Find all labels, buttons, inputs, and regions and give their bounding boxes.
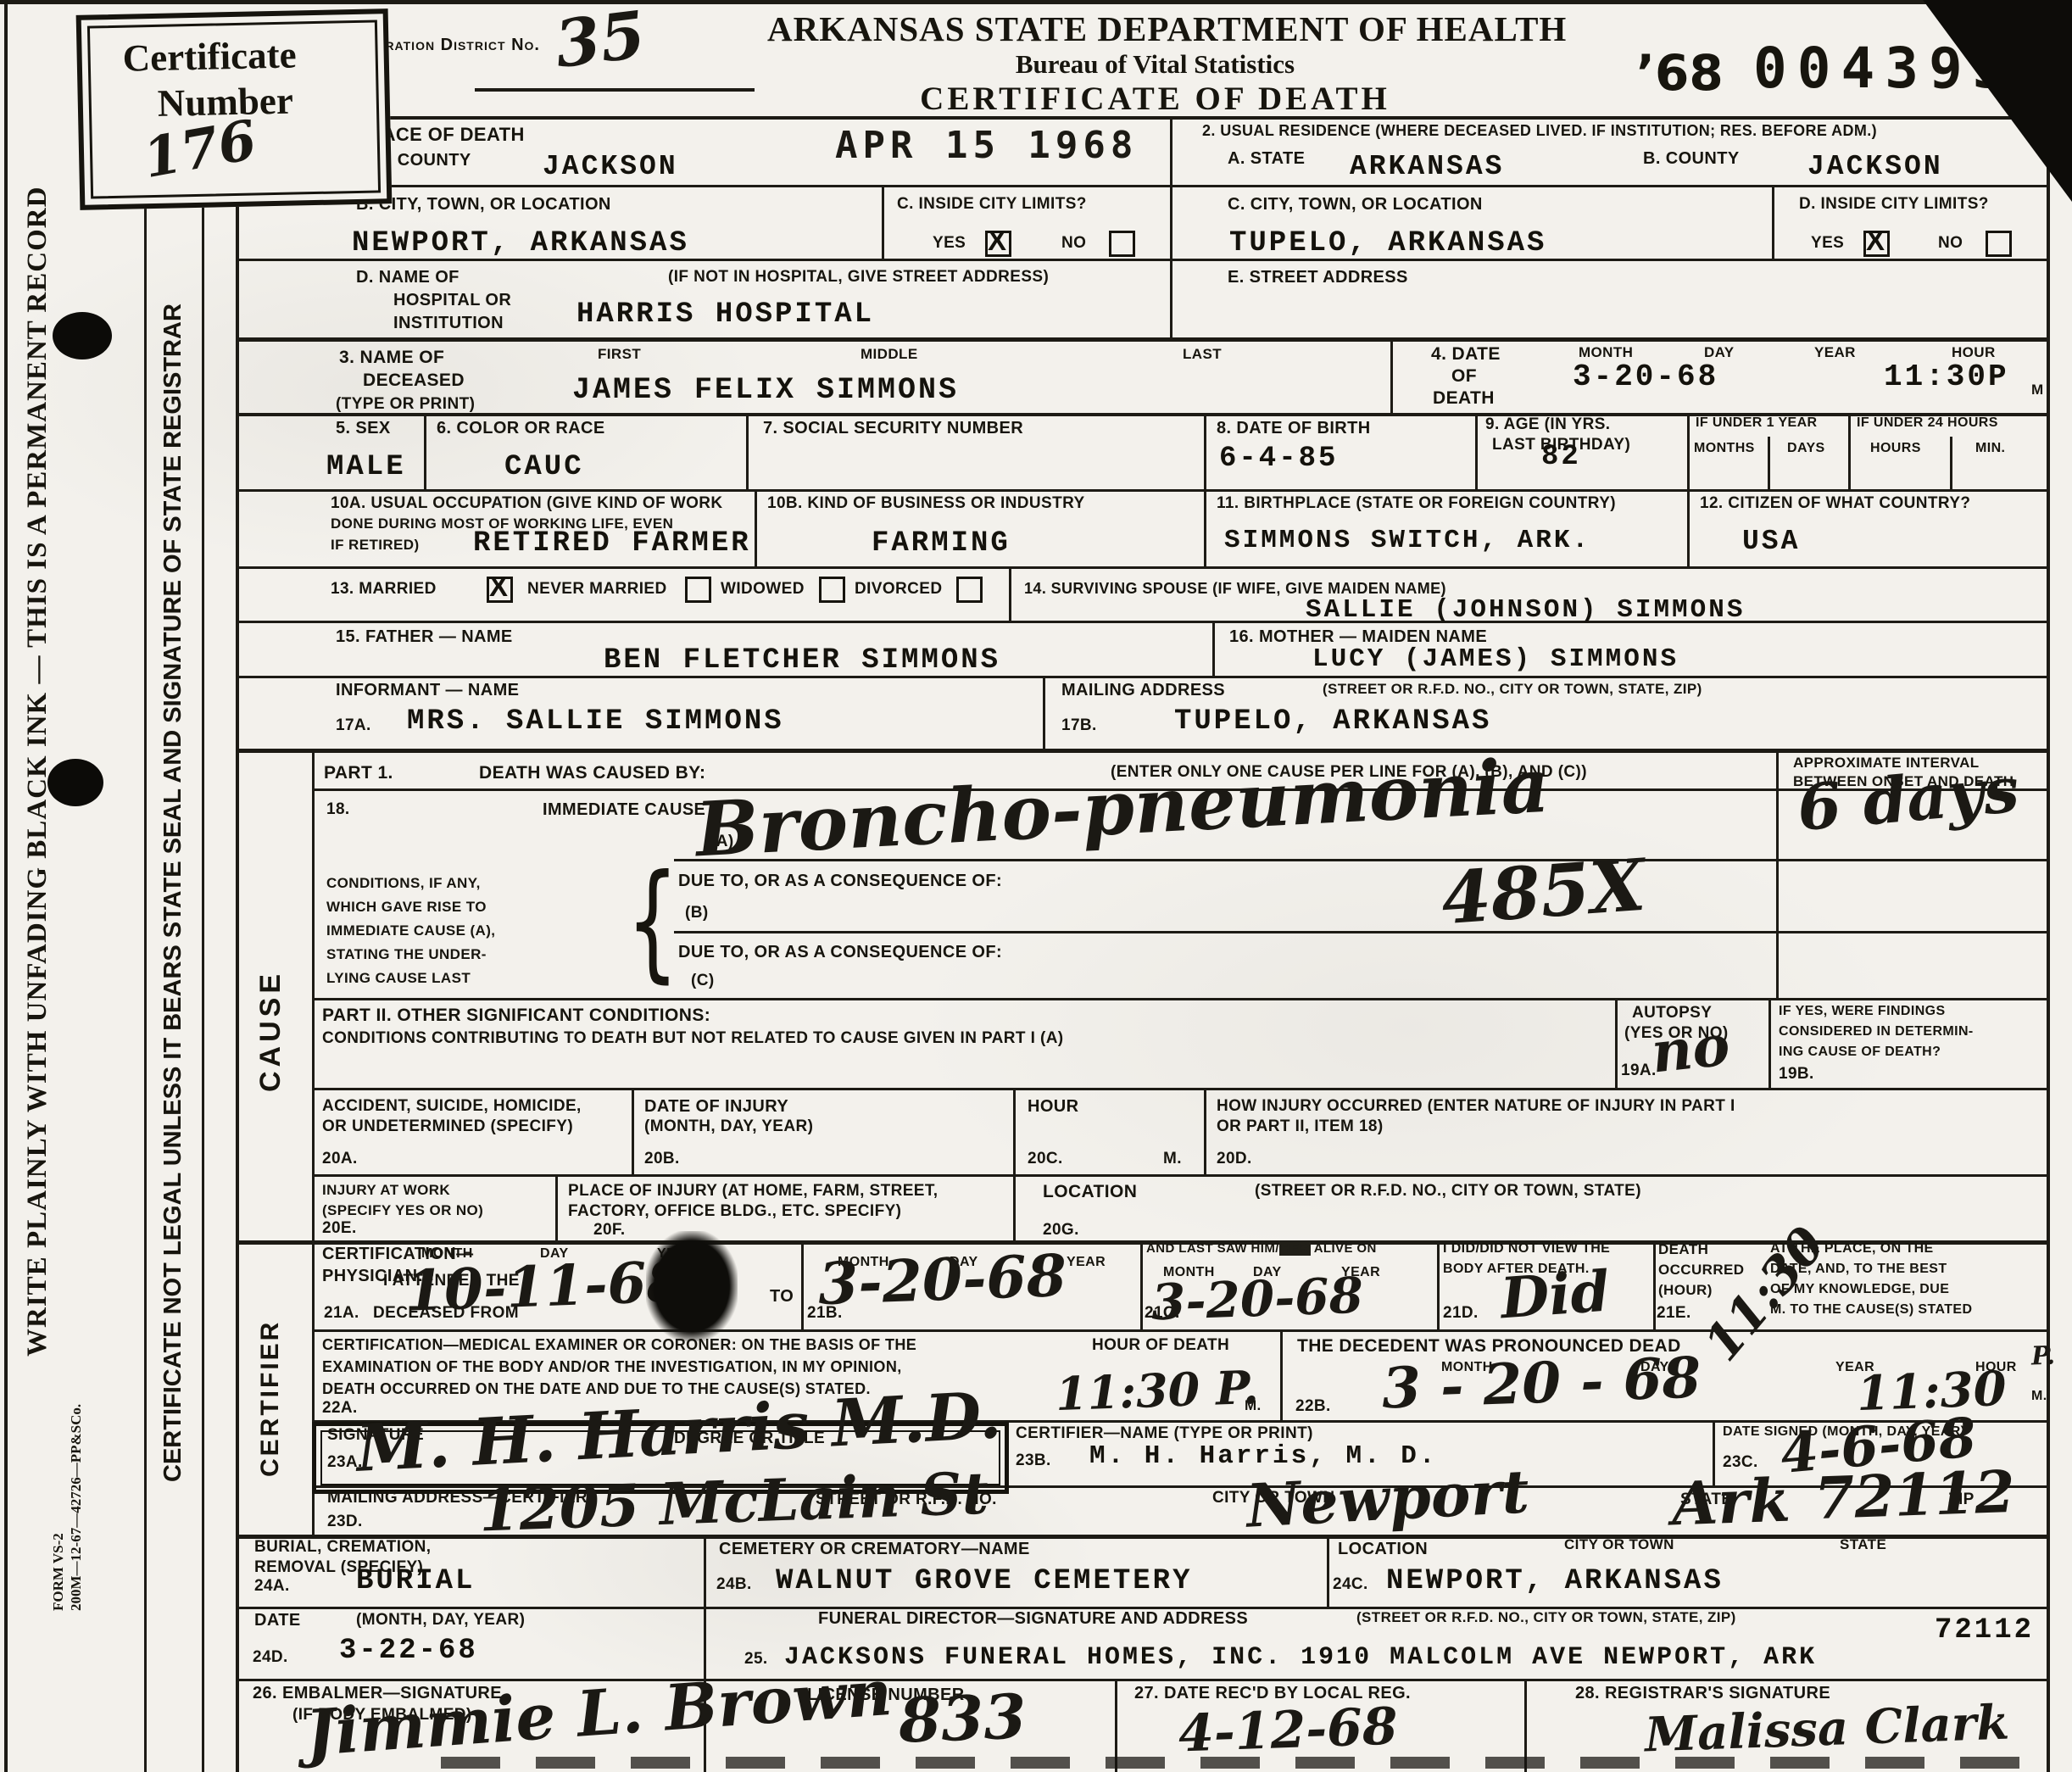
rule xyxy=(1848,413,1851,489)
mailing-address-note: (STREET OR R.F.D. NO., CITY OR TOWN, STA… xyxy=(1323,681,1702,698)
rule xyxy=(1615,998,1618,1088)
code-b-value: 485X xyxy=(1439,843,1648,941)
rule xyxy=(236,489,2050,492)
autopsy-value: no xyxy=(1648,1011,1733,1085)
cemetery-label: CEMETERY OR CREMATORY—NAME xyxy=(719,1540,1030,1559)
place-city-value: NEWPORT, ARKANSAS xyxy=(352,227,689,259)
pronounced-date-value: 3 - 20 - 68 xyxy=(1381,1344,1702,1421)
registrar-signature: Malissa Clark xyxy=(1644,1695,2010,1764)
form-number: FORM VS-2 200M—12-67—42726—PP&SCo. xyxy=(49,1357,85,1611)
dob-label: 8. DATE OF BIRTH xyxy=(1217,419,1371,438)
attended-to-value: 3-20-68 xyxy=(817,1242,1068,1318)
dod-day-col: DAY xyxy=(1704,344,1735,361)
injury-hour-label: HOUR xyxy=(1028,1097,1079,1117)
line-b-label: (B) xyxy=(685,904,709,922)
bureau-subtitle: Bureau of Vital Statistics xyxy=(767,49,1543,80)
rule xyxy=(1140,1240,1143,1329)
conditions-note-5: LYING CAUSE LAST xyxy=(326,970,471,987)
caused-by-label: DEATH WAS CAUSED BY: xyxy=(479,763,705,783)
rule xyxy=(1009,566,1011,621)
pronounced-pm-p: P. xyxy=(2030,1341,2055,1372)
name-first-col: FIRST xyxy=(598,346,641,363)
rule xyxy=(1950,437,1952,489)
never-married-label: NEVER MARRIED xyxy=(527,580,667,599)
burial-date-value: 3-22-68 xyxy=(339,1635,478,1667)
cert-box-title-1: Certificate xyxy=(122,32,297,80)
rule xyxy=(674,931,2048,933)
rule xyxy=(555,1174,558,1240)
injury-at-work-number: 20E. xyxy=(322,1219,357,1238)
scan-bottom-speckle xyxy=(441,1757,2052,1769)
rule xyxy=(1013,1088,1016,1240)
deceased-name-label-3: (TYPE OR PRINT) xyxy=(336,395,475,414)
rule xyxy=(236,1679,2050,1681)
widowed-checkbox xyxy=(819,577,845,603)
residence-county-value: JACKSON xyxy=(1807,151,1943,182)
name-last-col: LAST xyxy=(1183,346,1222,363)
deceased-name-label-2: DECEASED xyxy=(363,371,465,391)
certifier-state-value: Ark xyxy=(1671,1465,1792,1540)
cause-a-value: Broncho-pneumonia xyxy=(693,741,1551,874)
margin-rule-outer xyxy=(144,203,147,1772)
place-icl-yes-checkbox: X xyxy=(985,231,1011,257)
coroner-number: 22A. xyxy=(322,1399,358,1418)
rule xyxy=(236,566,2050,569)
funeral-director-note: (STREET OR R.F.D. NO., CITY OR TOWN, STA… xyxy=(1356,1609,1736,1626)
conditions-note-4: STATING THE UNDER- xyxy=(326,946,487,963)
certifier-name-number: 23B. xyxy=(1016,1452,1051,1470)
dod-year-col: YEAR xyxy=(1814,344,1856,361)
rule xyxy=(1772,185,1774,259)
registration-district-rule xyxy=(475,88,755,92)
rule xyxy=(1653,1240,1656,1329)
residence-icl-yes-label: YES xyxy=(1811,234,1844,253)
occupation-label-1: 10A. USUAL OCCUPATION (GIVE KIND OF WORK xyxy=(331,494,723,513)
burial-date-number: 24D. xyxy=(253,1648,288,1667)
margin-note-not-legal: CERTIFICATE NOT LEGAL UNLESS IT BEARS ST… xyxy=(159,198,187,1482)
business-value: FARMING xyxy=(872,527,1011,560)
rule xyxy=(1687,413,1690,489)
findings-label-1: IF YES, WERE FINDINGS xyxy=(1779,1004,1946,1019)
sex-value: MALE xyxy=(326,451,406,483)
spouse-value: SALLIE (JOHNSON) SIMMONS xyxy=(1306,595,1745,625)
how-injury-label-1: HOW INJURY OCCURRED (ENTER NATURE OF INJ… xyxy=(1217,1097,1735,1116)
months-col: MONTHS xyxy=(1694,441,1755,456)
injury-location-label: LOCATION xyxy=(1043,1182,1137,1202)
scan-corner-shadow xyxy=(1923,0,2072,202)
rule xyxy=(236,337,2050,342)
burial-type-value: BURIAL xyxy=(356,1565,475,1597)
rule xyxy=(1776,749,1779,998)
dod-label-2: OF xyxy=(1451,366,1477,387)
death-occurred-label-3: (HOUR) xyxy=(1658,1282,1713,1299)
conditions-note-3: IMMEDIATE CAUSE (A), xyxy=(326,922,495,939)
punch-hole-top xyxy=(53,312,112,359)
rule xyxy=(632,1088,634,1174)
findings-label-3: ING CAUSE OF DEATH? xyxy=(1779,1045,1941,1060)
occupation-value: RETIRED FARMER xyxy=(473,527,751,560)
serial-year: ’68 xyxy=(1636,44,1724,102)
rule xyxy=(801,1240,804,1329)
rule xyxy=(1768,998,1771,1088)
attended-number: 21A. xyxy=(324,1304,359,1323)
injury-hour-number: 20C. xyxy=(1028,1150,1063,1168)
date-received-value: 4-12-68 xyxy=(1178,1697,1399,1764)
rule xyxy=(1170,116,1172,339)
residence-icl-no-checkbox xyxy=(1986,231,2012,257)
rule xyxy=(312,1174,2048,1177)
residence-county-label: B. COUNTY xyxy=(1643,149,1740,169)
place-of-injury-label-2: FACTORY, OFFICE BLDG., ETC. SPECIFY) xyxy=(568,1202,901,1221)
rule xyxy=(312,1088,2048,1090)
min-col: MIN. xyxy=(1975,441,2005,456)
dod-label-3: DEATH xyxy=(1433,388,1495,409)
place-of-injury-label-1: PLACE OF INJURY (AT HOME, FARM, STREET, xyxy=(568,1182,938,1201)
certifier-side-label: CERTIFIER xyxy=(256,1227,285,1477)
father-value: BEN FLETCHER SIMMONS xyxy=(604,644,1000,677)
rule xyxy=(1280,1329,1283,1420)
date-of-injury-label-2: (MONTH, DAY, YEAR) xyxy=(644,1117,813,1136)
place-city-label: B. CITY, TOWN, OR LOCATION xyxy=(356,195,611,215)
last-saw-text-1: AND LAST SAW HIM/ xyxy=(1146,1241,1279,1256)
injury-at-work-label-1: INJURY AT WORK xyxy=(322,1182,450,1199)
residence-city-value: TUPELO, ARKANSAS xyxy=(1229,227,1546,259)
form-number-line2: 200M—12-67—42726—PP&SCo. xyxy=(68,1404,84,1611)
place-county-value: JACKSON xyxy=(543,151,678,182)
hospital-value: HARRIS HOSPITAL xyxy=(576,298,874,331)
immediate-cause-label: IMMEDIATE CAUSE xyxy=(543,800,705,820)
hospital-note: (IF NOT IN HOSPITAL, GIVE STREET ADDRESS… xyxy=(668,268,1049,287)
certificate-title: CERTIFICATE OF DEATH xyxy=(767,80,1543,118)
place-icl-label: C. INSIDE CITY LIMITS? xyxy=(897,195,1087,214)
scan-edge-top xyxy=(0,0,2072,4)
hospital-label-2: HOSPITAL OR xyxy=(393,291,511,310)
place-icl-yes-label: YES xyxy=(933,234,966,253)
widowed-label: WIDOWED xyxy=(721,580,805,599)
cemetery-city-col: CITY OR TOWN xyxy=(1564,1536,1674,1553)
coroner-certification-label-2: EXAMINATION OF THE BODY AND/OR THE INVES… xyxy=(322,1358,902,1376)
conditions-note-1: CONDITIONS, IF ANY, xyxy=(326,875,481,892)
certifier-mailing-number: 23D. xyxy=(327,1513,363,1531)
burial-date-label: DATE xyxy=(254,1611,301,1630)
margin-note-permanent-record: WRITE PLAINLY WITH UNFADING BLACK INK — … xyxy=(22,136,53,1357)
funeral-zip-value: 72112 xyxy=(1935,1614,2034,1647)
rule xyxy=(2047,116,2050,1772)
cemetery-state-col: STATE xyxy=(1840,1536,1886,1553)
registrar-label: 28. REGISTRAR'S SIGNATURE xyxy=(1575,1684,1830,1703)
hours-col: HOURS xyxy=(1870,441,1921,456)
hospital-label-3: INSTITUTION xyxy=(393,314,504,333)
cause-side-label: CAUSE xyxy=(254,736,287,1092)
residence-city-label: C. CITY, TOWN, OR LOCATION xyxy=(1228,195,1483,215)
dod-month-col: MONTH xyxy=(1579,344,1633,361)
residence-state-label: A. STATE xyxy=(1228,149,1305,169)
rule xyxy=(424,413,426,489)
injury-location-note: (STREET OR R.F.D. NO., CITY OR TOWN, STA… xyxy=(1255,1182,1641,1201)
due-to-label-1: DUE TO, OR AS A CONSEQUENCE OF: xyxy=(678,872,1002,891)
informant-value: MRS. SALLIE SIMMONS xyxy=(407,705,784,738)
street-address-label: E. STREET ADDRESS xyxy=(1228,268,1408,287)
due-to-label-2: DUE TO, OR AS A CONSEQUENCE OF: xyxy=(678,943,1002,962)
rule xyxy=(882,185,884,259)
last-saw-text-2: ALIVE ON xyxy=(1314,1241,1377,1256)
usual-residence-label: 2. USUAL RESIDENCE (WHERE DECEASED LIVED… xyxy=(1202,122,1877,140)
place-icl-no-checkbox xyxy=(1109,231,1135,257)
death-certificate-scan: WRITE PLAINLY WITH UNFADING BLACK INK — … xyxy=(0,0,2072,1772)
dod-hour-value: 11:30P xyxy=(1884,359,2009,394)
coroner-certification-label-1: CERTIFICATION—MEDICAL EXAMINER OR CORONE… xyxy=(322,1336,916,1354)
death-occurred-number: 21E. xyxy=(1657,1304,1691,1323)
rule xyxy=(746,413,749,489)
autopsy-number: 19A. xyxy=(1621,1062,1657,1080)
age-label-1: 9. AGE (IN YRS. xyxy=(1485,415,1610,434)
line-c-label: (C) xyxy=(691,972,715,990)
dod-value: 3-20-68 xyxy=(1573,359,1718,394)
business-label: 10B. KIND OF BUSINESS OR INDUSTRY xyxy=(767,494,1085,513)
accident-number: 20A. xyxy=(322,1150,358,1168)
rule xyxy=(1687,489,1690,566)
name-middle-col: MIDDLE xyxy=(861,346,918,363)
margin-rule-inner xyxy=(202,203,204,1772)
hour-of-death-label: HOUR OF DEATH xyxy=(1092,1336,1229,1355)
pronounced-pm-m: M. xyxy=(2031,1389,2047,1404)
father-label: 15. FATHER — NAME xyxy=(336,627,513,647)
date-received-stamp: APR 15 1968 xyxy=(835,124,1138,167)
mailing-value: TUPELO, ARKANSAS xyxy=(1174,705,1491,738)
ink-blot xyxy=(646,1231,738,1341)
hour-of-death-value: 11:30 P. xyxy=(1055,1360,1260,1421)
attended-from-value: 10-11-68 xyxy=(404,1248,687,1323)
occupation-label-3: IF RETIRED) xyxy=(331,537,420,554)
how-injury-label-2: OR PART II, ITEM 18) xyxy=(1217,1117,1384,1136)
informant-label: INFORMANT — NAME xyxy=(336,681,519,700)
rule xyxy=(236,621,2050,623)
rule xyxy=(1204,489,1206,566)
department-title: ARKANSAS STATE DEPARTMENT OF HEALTH xyxy=(767,8,1543,49)
informant-number: 17A. xyxy=(336,716,371,735)
death-occurred-label-2: OCCURRED xyxy=(1658,1262,1744,1279)
certifier-name-label: CERTIFIER—NAME (TYPE OR PRINT) xyxy=(1016,1424,1313,1443)
race-label: 6. COLOR OR RACE xyxy=(437,419,605,438)
place-icl-yes-mark: X xyxy=(988,225,1006,257)
conditions-note-2: WHICH GAVE RISE TO xyxy=(326,899,487,916)
view-body-number: 21D. xyxy=(1443,1304,1479,1323)
rule xyxy=(1212,621,1215,676)
last-saw-struck-her: HER xyxy=(1279,1241,1311,1256)
conditions-brace: { xyxy=(627,858,679,985)
dod-hour-m: M xyxy=(2031,382,2044,398)
married-label: 13. MARRIED xyxy=(331,580,437,599)
mother-value: LUCY (JAMES) SIMMONS xyxy=(1312,644,1679,674)
under-24-hours-label: IF UNDER 24 HOURS xyxy=(1857,415,1998,431)
age-value: 82 xyxy=(1541,441,1581,473)
rule xyxy=(1475,413,1478,489)
injury-hour-m: M. xyxy=(1163,1150,1182,1168)
last-saw-label: AND LAST SAW HIM/HER ALIVE ON xyxy=(1146,1241,1377,1256)
residence-icl-label: D. INSIDE CITY LIMITS? xyxy=(1799,195,1989,214)
mailing-number: 17B. xyxy=(1061,716,1097,735)
burial-date-note: (MONTH, DAY, YEAR) xyxy=(356,1611,525,1630)
birthplace-value: SIMMONS SWITCH, ARK. xyxy=(1224,526,1590,555)
dod-label-1: 4. DATE xyxy=(1431,344,1501,365)
injury-at-work-label-2: (SPECIFY YES OR NO) xyxy=(322,1202,483,1219)
hospital-label-1: D. NAME OF xyxy=(356,268,460,287)
place-icl-no-label: NO xyxy=(1061,234,1086,253)
findings-number: 19B. xyxy=(1779,1065,1814,1084)
cemetery-location-number: 24C. xyxy=(1333,1575,1368,1594)
findings-label-2: CONSIDERED IN DETERMIN- xyxy=(1779,1024,1974,1039)
view-body-label-1: I DID/DID NOT VIEW THE xyxy=(1443,1241,1610,1257)
rule xyxy=(236,185,2050,187)
deceased-name-label-1: 3. NAME OF xyxy=(339,348,444,368)
pronounced-number: 22B. xyxy=(1295,1397,1331,1416)
ssn-label: 7. SOCIAL SECURITY NUMBER xyxy=(763,419,1023,438)
accident-label-2: OR UNDETERMINED (SPECIFY) xyxy=(322,1117,573,1136)
married-mark: X xyxy=(489,571,508,603)
burial-label-1: BURIAL, CREMATION, xyxy=(254,1538,431,1557)
registration-district-value: 35 xyxy=(551,0,649,82)
date-of-injury-label-1: DATE OF INJURY xyxy=(644,1097,788,1117)
birthplace-label: 11. BIRTHPLACE (STATE OR FOREIGN COUNTRY… xyxy=(1217,494,1616,513)
married-checkbox: X xyxy=(487,577,513,603)
scan-edge-left xyxy=(4,0,8,1772)
license-number-value: 833 xyxy=(898,1680,1028,1756)
rule xyxy=(236,116,239,1772)
funeral-home-value: JACKSONS FUNERAL HOMES, INC. 1910 MALCOL… xyxy=(784,1643,1817,1672)
certifier-zip-value: 72112 xyxy=(1813,1458,2016,1533)
residence-icl-yes-mark: X xyxy=(1866,225,1885,257)
citizen-value: USA xyxy=(1742,526,1800,557)
embalmer-signature: Jimmie L. Brown xyxy=(304,1657,894,1770)
certifier-city-value: Newport xyxy=(1245,1456,1531,1541)
residence-state-value: ARKANSAS xyxy=(1350,151,1504,182)
cemetery-value: WALNUT GROVE CEMETERY xyxy=(776,1565,1192,1597)
how-injury-number: 20D. xyxy=(1217,1150,1252,1168)
certificate-number-box: Certificate Number 176 xyxy=(76,8,393,210)
place-of-injury-number: 20F. xyxy=(593,1221,626,1240)
rule xyxy=(1390,337,1393,413)
rule xyxy=(1204,1088,1206,1174)
death-occurred-label-1: DEATH xyxy=(1658,1241,1708,1258)
rule xyxy=(312,998,2048,1000)
punch-hole-bottom xyxy=(47,759,103,806)
part2-label: PART II. OTHER SIGNIFICANT CONDITIONS: xyxy=(322,1006,710,1026)
view-body-value: Did xyxy=(1498,1258,1612,1332)
divorced-checkbox xyxy=(956,577,983,603)
cemetery-number: 24B. xyxy=(716,1575,752,1594)
to-label: TO xyxy=(770,1287,794,1307)
dod-hour-col: HOUR xyxy=(1952,344,1996,361)
rule xyxy=(312,749,315,1535)
injury-location-number: 20G. xyxy=(1043,1221,1079,1240)
rule xyxy=(1327,1535,1329,1607)
never-married-checkbox xyxy=(685,577,711,603)
to-year-col: YEAR xyxy=(1067,1255,1106,1270)
dob-value: 6-4-85 xyxy=(1219,443,1338,475)
deceased-name-value: JAMES FELIX SIMMONS xyxy=(572,373,959,407)
last-saw-value: 3-20-68 xyxy=(1150,1267,1364,1332)
rule xyxy=(236,676,2050,678)
residence-icl-yes-checkbox: X xyxy=(1863,231,1890,257)
burial-number: 24A. xyxy=(254,1577,290,1596)
residence-icl-no-label: NO xyxy=(1938,234,1963,253)
race-value: CAUC xyxy=(504,451,584,483)
part2-note: CONDITIONS CONTRIBUTING TO DEATH BUT NOT… xyxy=(322,1029,1064,1048)
part1-label: PART 1. xyxy=(324,763,393,783)
under-1-year-label: IF UNDER 1 YEAR xyxy=(1696,415,1818,431)
item-18-number: 18. xyxy=(326,800,350,819)
rule xyxy=(755,489,757,566)
cemetery-location-value: NEWPORT, ARKANSAS xyxy=(1386,1565,1724,1597)
rule xyxy=(1437,1240,1440,1329)
citizen-label: 12. CITIZEN OF WHAT COUNTRY? xyxy=(1700,494,1970,513)
funeral-director-label: FUNERAL DIRECTOR—SIGNATURE AND ADDRESS xyxy=(818,1609,1248,1629)
date-of-injury-number: 20B. xyxy=(644,1150,680,1168)
rule xyxy=(1043,676,1045,749)
mailing-address-label: MAILING ADDRESS xyxy=(1061,681,1225,700)
accident-label-1: ACCIDENT, SUICIDE, HOMICIDE, xyxy=(322,1097,582,1116)
days-col: DAYS xyxy=(1787,441,1825,456)
sex-label: 5. SEX xyxy=(336,419,391,438)
divorced-label: DIVORCED xyxy=(855,580,943,599)
cemetery-location-label: LOCATION xyxy=(1338,1540,1428,1559)
rule xyxy=(1768,437,1770,489)
at-place-label-4: M. TO THE CAUSE(S) STATED xyxy=(1770,1302,1972,1318)
form-number-line1: FORM VS-2 xyxy=(50,1533,66,1611)
rule xyxy=(1204,413,1206,489)
